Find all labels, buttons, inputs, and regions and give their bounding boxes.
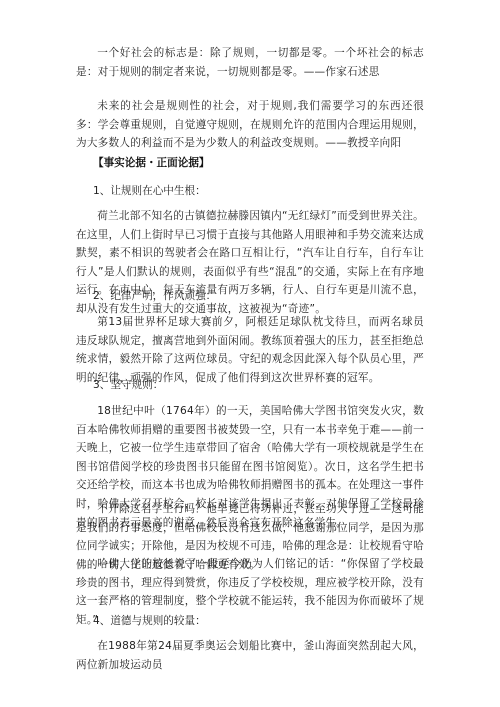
document-page: 一个好社会的标志是：除了规则，一切都是零。一个坏社会的标志是：对于规则的制定者来… — [0, 0, 500, 707]
heading-1: 1、让规则在心中生根： — [93, 182, 206, 200]
heading-3: 3、坚守规则： — [93, 376, 163, 394]
quote-paragraph-1: 一个好社会的标志是：除了规则，一切都是零。一个坏社会的标志是：对于规则的制定者来… — [76, 44, 424, 81]
paragraph-6: 在1988年第24届夏季奥运会划船比赛中，釜山海面突然刮起大风，两位新加坡运动员 — [76, 637, 424, 674]
section-title: 【事实论据・正面论据】 — [93, 154, 210, 172]
heading-2: 2、纪律严明，作风顽强： — [93, 287, 216, 305]
quote-paragraph-2: 未来的社会是规则性的社会，对于规则,我们需要学习的东西还很多：学会尊重规则，自觉… — [76, 97, 424, 153]
heading-4: 4、道德与规则的较量： — [93, 612, 206, 630]
